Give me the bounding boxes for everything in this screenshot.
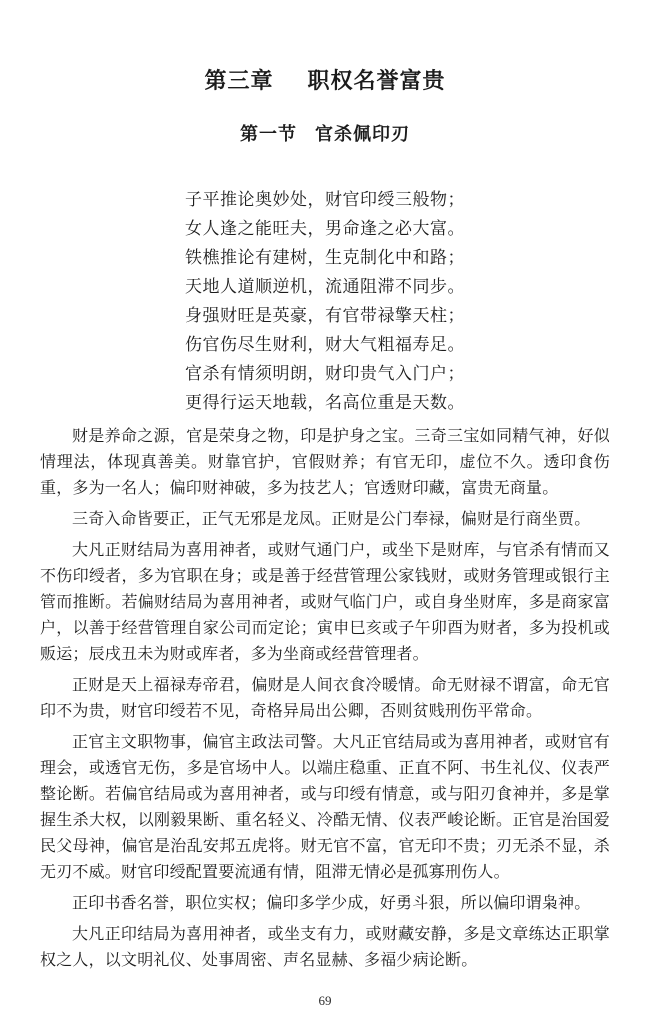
chapter-name: 职权名誉富贵: [308, 65, 446, 97]
poem-line: 伤官伤尽生财利，财大气粗福寿足。: [40, 330, 610, 359]
document-page: 第三章 职权名誉富贵 第一节 官杀佩印刃 子平推论奥妙处，财官印绶三般物； 女人…: [0, 0, 650, 1021]
section-name: 官杀佩印刃: [315, 121, 410, 147]
chapter-title: 第三章 职权名誉富贵: [40, 65, 610, 97]
poem-line: 天地人道顺逆机，流通阻滞不同步。: [40, 272, 610, 301]
paragraph: 三奇入命皆要正，正气无邪是龙凤。正财是公门奉禄，偏财是行商坐贾。: [40, 507, 610, 533]
poem-line: 官杀有情须明朗，财印贵气入门户；: [40, 359, 610, 388]
section-title: 第一节 官杀佩印刃: [40, 121, 610, 147]
paragraph: 大凡正财结局为喜用神者，或财气通门户，或坐下是财库，与官杀有情而又不伤印绶者，多…: [40, 538, 610, 668]
paragraph: 财是养命之源，官是荣身之物，印是护身之宝。三奇三宝如同精气神，好似情理法，体现真…: [40, 424, 610, 502]
poem-line: 身强财旺是英豪，有官带禄擎天柱；: [40, 301, 610, 330]
paragraph: 大凡正印结局为喜用神者，或坐支有力，或财藏安静，多是文章练达正职掌权之人，以文明…: [40, 922, 610, 974]
paragraph: 正官主文职物事，偏官主政法司警。大凡正官结局或为喜用神者，或财官有理会，或透官无…: [40, 730, 610, 886]
poem-line: 女人逢之能旺夫，男命逢之必大富。: [40, 214, 610, 243]
paragraph: 正财是天上福禄寿帝君，偏财是人间衣食冷暖情。命无财禄不谓富，命无官印不为贵，财官…: [40, 673, 610, 725]
poem-block: 子平推论奥妙处，财官印绶三般物； 女人逢之能旺夫，男命逢之必大富。 铁樵推论有建…: [40, 185, 610, 417]
chapter-label: 第三章: [204, 65, 273, 97]
poem-line: 子平推论奥妙处，财官印绶三般物；: [40, 185, 610, 214]
paragraph: 正印书香名誉，职位实权；偏印多学少成，好勇斗狠，所以偏印谓枭神。: [40, 891, 610, 917]
body-text: 财是养命之源，官是荣身之物，印是护身之宝。三奇三宝如同精气神，好似情理法，体现真…: [40, 424, 610, 974]
poem-line: 更得行运天地载，名高位重是天数。: [40, 388, 610, 417]
page-number: 69: [0, 993, 650, 1009]
section-label: 第一节: [240, 121, 297, 147]
poem-line: 铁樵推论有建树，生克制化中和路；: [40, 243, 610, 272]
